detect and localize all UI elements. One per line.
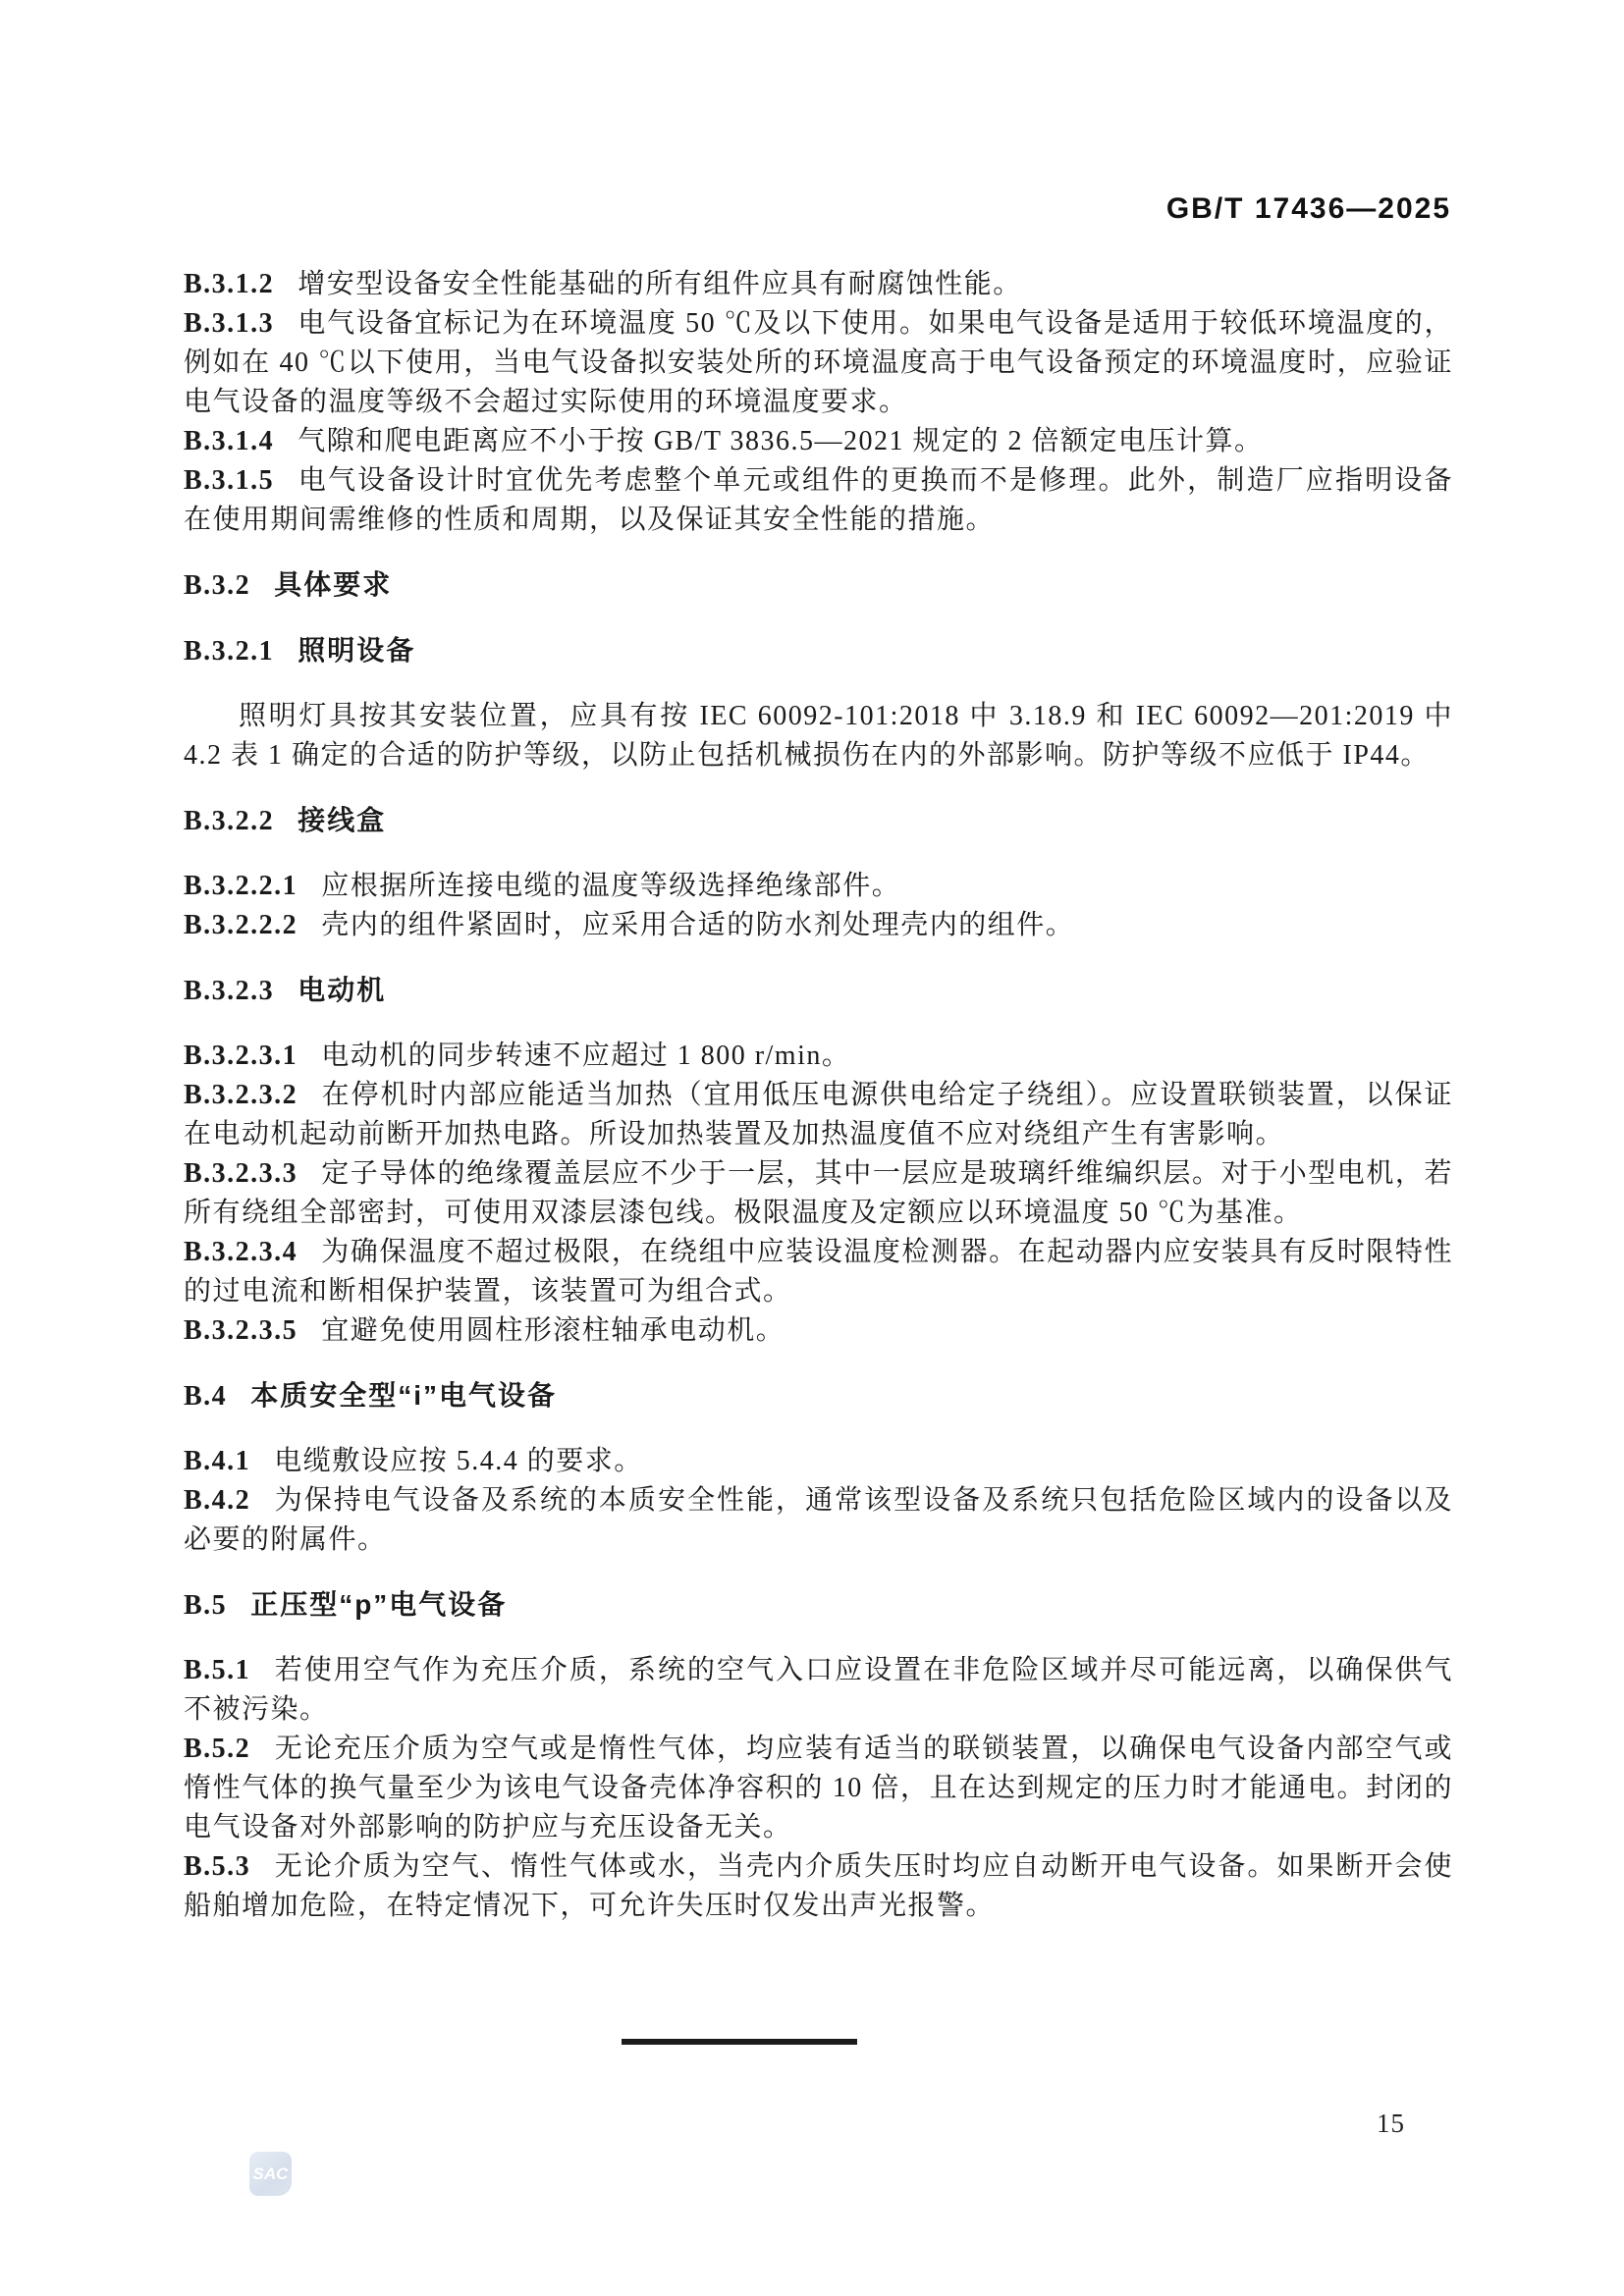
clause-label: B.3.2.3.1 xyxy=(184,1041,298,1071)
section-heading: B.5正压型“p”电气设备 xyxy=(184,1585,1453,1626)
clause-paragraph: B.3.2.2.1应根据所连接电缆的温度等级选择绝缘部件。 xyxy=(184,867,1453,906)
clause-text: 宜避免使用圆柱形滚柱轴承电动机。 xyxy=(321,1315,785,1346)
clause-label: B.3.2.3.2 xyxy=(184,1080,298,1110)
sac-logo: SAC xyxy=(249,2152,292,2196)
sac-logo-text: SAC xyxy=(253,2164,289,2184)
clause-label: B.3.1.4 xyxy=(184,426,274,456)
clause-text: 无论介质为空气、惰性气体或水，当壳内介质失压时均应自动断开电气设备。如果断开会使… xyxy=(184,1851,1453,1921)
clause-label: B.5.3 xyxy=(184,1851,250,1882)
clause-paragraph: B.3.2.3.1电动机的同步转速不应超过 1 800 r/min。 xyxy=(184,1037,1453,1076)
clause-text: 无论充压介质为空气或是惰性气体，均应装有适当的联锁装置，以确保电气设备内部空气或… xyxy=(184,1734,1453,1842)
page-number: 15 xyxy=(1377,2109,1405,2139)
clause-label: B.3.1.2 xyxy=(184,269,274,299)
clause-paragraph: B.3.2.3.4为确保温度不超过极限，在绕组中应装设温度检测器。在起动器内应安… xyxy=(184,1233,1453,1311)
clause-label: B.5.2 xyxy=(184,1734,250,1764)
end-of-text-rule xyxy=(622,2039,857,2045)
section-heading: B.3.2具体要求 xyxy=(184,565,1453,606)
clause-text: 电缆敷设应按 5.4.4 的要求。 xyxy=(274,1446,643,1476)
clause-label: B.3.2.3.4 xyxy=(184,1237,298,1267)
clause-label: B.3.2 xyxy=(184,570,250,601)
clause-paragraph: B.3.1.5电气设备设计时宜优先考虑整个单元或组件的更换而不是修理。此外，制造… xyxy=(184,461,1453,540)
clause-paragraph: B.5.2无论充压介质为空气或是惰性气体，均应装有适当的联锁装置，以确保电气设备… xyxy=(184,1730,1453,1847)
clause-label: B.5 xyxy=(184,1590,227,1621)
clause-paragraph: B.3.1.2增安型设备安全性能基础的所有组件应具有耐腐蚀性能。 xyxy=(184,265,1453,304)
clause-paragraph: B.3.1.3电气设备宜标记为在环境温度 50 ℃及以下使用。如果电气设备是适用… xyxy=(184,304,1453,422)
clause-label: B.3.2.2.1 xyxy=(184,871,298,901)
clause-label: B.3.2.3.5 xyxy=(184,1315,298,1346)
clause-label: B.5.1 xyxy=(184,1655,250,1685)
clause-label: B.3.2.2 xyxy=(184,806,274,836)
section-heading: B.3.2.2接线盒 xyxy=(184,801,1453,841)
clause-text: 在停机时内部应能适当加热（宜用低压电源供电给定子绕组）。应设置联锁装置，以保证在… xyxy=(184,1080,1453,1149)
standard-number-header: GB/T 17436—2025 xyxy=(1166,192,1451,226)
clause-text: 若使用空气作为充压介质，系统的空气入口应设置在非危险区域并尽可能远离，以确保供气… xyxy=(184,1655,1453,1725)
clause-paragraph: B.3.2.2.2壳内的组件紧固时，应采用合适的防水剂处理壳内的组件。 xyxy=(184,906,1453,945)
document-page: GB/T 17436—2025 B.3.1.2增安型设备安全性能基础的所有组件应… xyxy=(0,0,1624,2296)
clause-paragraph: B.5.1若使用空气作为充压介质，系统的空气入口应设置在非危险区域并尽可能远离，… xyxy=(184,1651,1453,1730)
clause-paragraph: B.4.2为保持电气设备及系统的本质安全性能，通常该型设备及系统只包括危险区域内… xyxy=(184,1481,1453,1560)
clause-label: B.4 xyxy=(184,1381,227,1412)
document-content: B.3.1.2增安型设备安全性能基础的所有组件应具有耐腐蚀性能。B.3.1.3电… xyxy=(184,265,1453,1926)
heading-text: 本质安全型“i”电气设备 xyxy=(250,1380,557,1411)
clause-text: 照明灯具按其安装位置，应具有按 IEC 60092-101:2018 中 3.1… xyxy=(184,701,1453,771)
clause-paragraph: B.3.2.3.5宜避免使用圆柱形滚柱轴承电动机。 xyxy=(184,1311,1453,1351)
clause-paragraph: B.4.1电缆敷设应按 5.4.4 的要求。 xyxy=(184,1442,1453,1481)
heading-text: 接线盒 xyxy=(298,805,386,835)
clause-paragraph: B.3.2.3.2在停机时内部应能适当加热（宜用低压电源供电给定子绕组）。应设置… xyxy=(184,1076,1453,1154)
clause-text: 壳内的组件紧固时，应采用合适的防水剂处理壳内的组件。 xyxy=(321,910,1074,940)
clause-text: 气隙和爬电距离应不小于按 GB/T 3836.5—2021 规定的 2 倍额定电… xyxy=(298,426,1263,456)
clause-label: B.3.1.3 xyxy=(184,308,274,339)
clause-label: B.4.1 xyxy=(184,1446,250,1476)
clause-paragraph: B.3.1.4气隙和爬电距离应不小于按 GB/T 3836.5—2021 规定的… xyxy=(184,422,1453,461)
clause-label: B.3.2.2.2 xyxy=(184,910,298,940)
clause-text: 为保持电气设备及系统的本质安全性能，通常该型设备及系统只包括危险区域内的设备以及… xyxy=(184,1485,1453,1555)
clause-text: 应根据所连接电缆的温度等级选择绝缘部件。 xyxy=(321,871,900,901)
section-heading: B.3.2.1照明设备 xyxy=(184,631,1453,671)
clause-text: 定子导体的绝缘覆盖层应不少于一层，其中一层应是玻璃纤维编织层。对于小型电机，若所… xyxy=(184,1158,1453,1228)
clause-text: 电动机的同步转速不应超过 1 800 r/min。 xyxy=(321,1041,850,1071)
heading-text: 电动机 xyxy=(298,975,386,1005)
clause-paragraph: B.5.3无论介质为空气、惰性气体或水，当壳内介质失压时均应自动断开电气设备。如… xyxy=(184,1847,1453,1926)
clause-label: B.3.2.1 xyxy=(184,636,274,667)
clause-text: 增安型设备安全性能基础的所有组件应具有耐腐蚀性能。 xyxy=(298,269,1022,299)
clause-label: B.3.1.5 xyxy=(184,465,274,496)
section-heading: B.4本质安全型“i”电气设备 xyxy=(184,1376,1453,1416)
clause-text: 电气设备设计时宜优先考虑整个单元或组件的更换而不是修理。此外，制造厂应指明设备在… xyxy=(184,465,1453,535)
heading-text: 照明设备 xyxy=(298,635,415,666)
heading-text: 正压型“p”电气设备 xyxy=(250,1589,507,1620)
clause-text: 电气设备宜标记为在环境温度 50 ℃及以下使用。如果电气设备是适用于较低环境温度… xyxy=(184,308,1453,417)
heading-text: 具体要求 xyxy=(274,569,392,600)
clause-text: 为确保温度不超过极限，在绕组中应装设温度检测器。在起动器内应安装具有反时限特性的… xyxy=(184,1237,1453,1307)
clause-label: B.4.2 xyxy=(184,1485,250,1516)
section-heading: B.3.2.3电动机 xyxy=(184,971,1453,1011)
body-paragraph: 照明灯具按其安装位置，应具有按 IEC 60092-101:2018 中 3.1… xyxy=(184,697,1453,775)
clause-label: B.3.2.3.3 xyxy=(184,1158,298,1189)
clause-label: B.3.2.3 xyxy=(184,976,274,1006)
clause-paragraph: B.3.2.3.3定子导体的绝缘覆盖层应不少于一层，其中一层应是玻璃纤维编织层。… xyxy=(184,1154,1453,1233)
